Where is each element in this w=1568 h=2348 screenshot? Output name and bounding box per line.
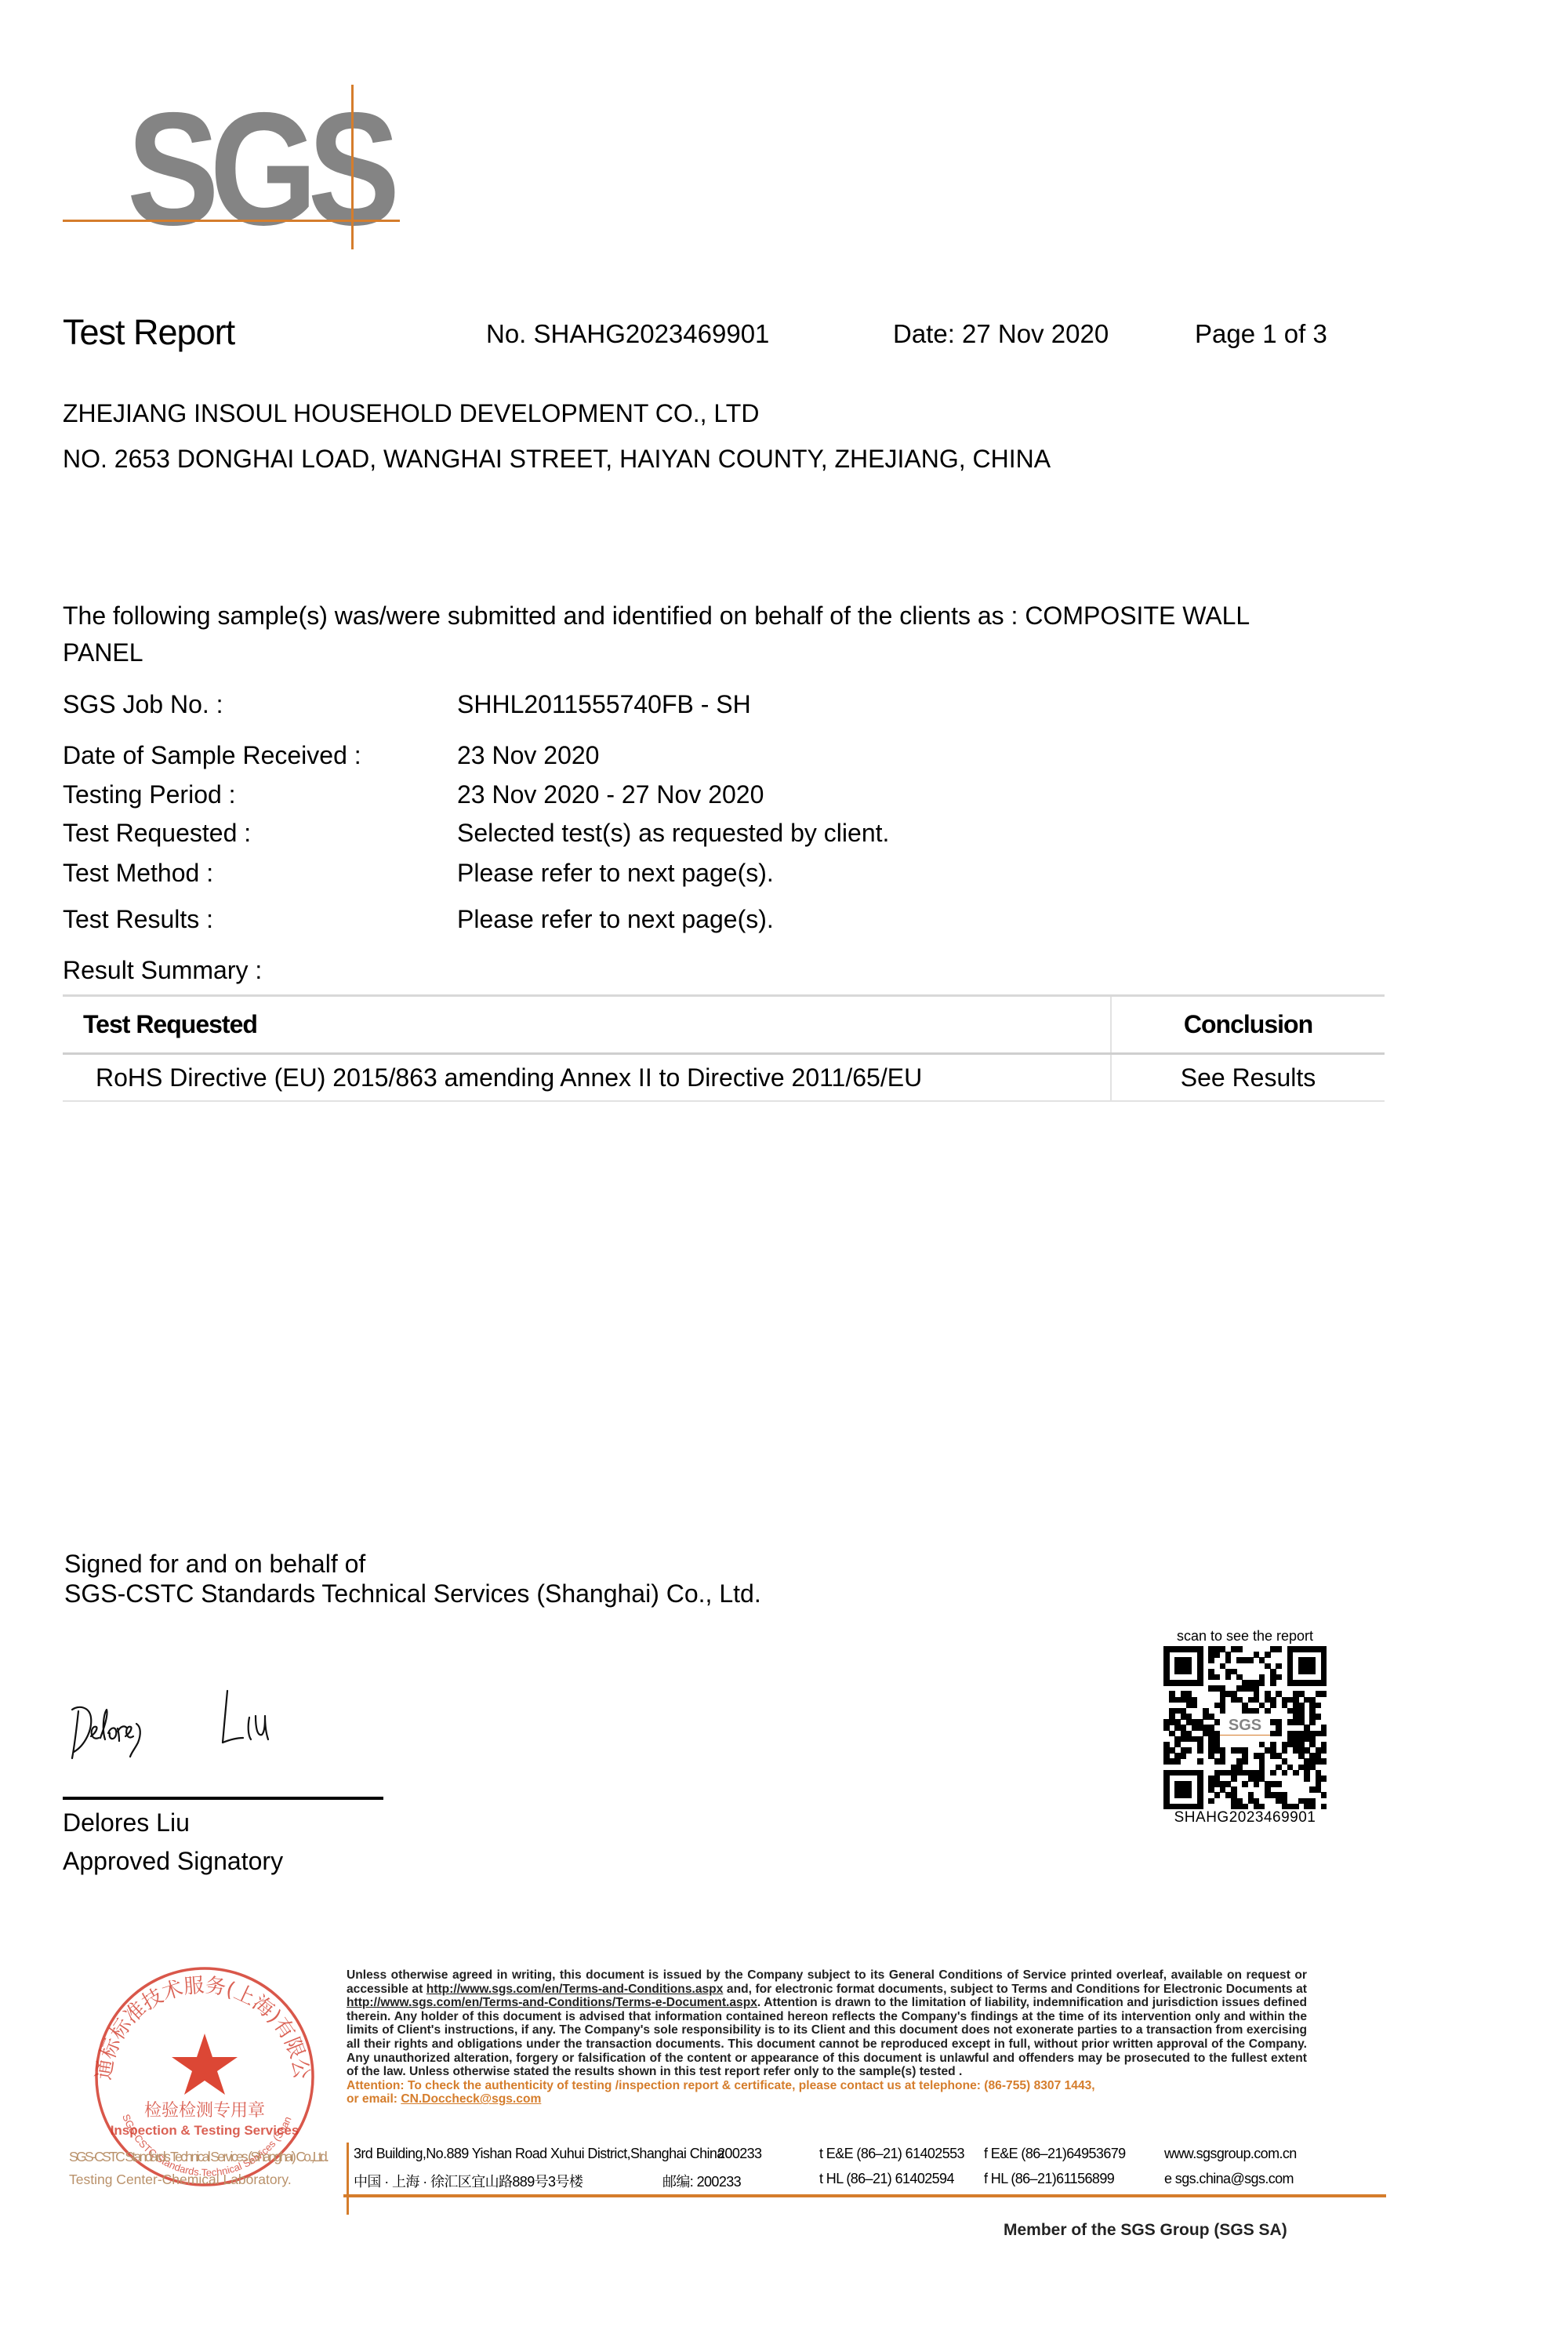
member-statement: Member of the SGS Group (SGS SA) [1004,2221,1287,2240]
signoff-line-1: Signed for and on behalf of [64,1550,365,1579]
page-title: Test Report [63,312,234,353]
column-header-conclusion: Conclusion [1112,997,1385,1052]
qr-code[interactable]: SGS [1163,1646,1327,1809]
field-value-testing-period: 23 Nov 2020 - 27 Nov 2020 [457,780,764,809]
field-value-test-results: Please refer to next page(s). [457,905,774,934]
field-value-test-method: Please refer to next page(s). [457,859,774,888]
client-name: ZHEJIANG INSOUL HOUSEHOLD DEVELOPMENT CO… [63,399,759,428]
fax-ee: f E&E (86–21)64953679 [984,2146,1126,2162]
field-value-test-requested: Selected test(s) as requested by client. [457,819,889,848]
client-address: NO. 2653 DONGHAI LOAD, WANGHAI STREET, H… [63,445,1051,474]
signatory-role: Approved Signatory [63,1847,283,1876]
email-prefix: or email: [347,2092,401,2106]
footer-rule-tick [347,2194,349,2215]
field-value-date-received: 23 Nov 2020 [457,741,599,770]
field-label-test-method: Test Method : [63,859,213,888]
legal-text-2: and, for electronic format documents, su… [723,1983,1307,1996]
doccheck-email-link[interactable]: CN.Doccheck@sgs.com [401,2092,541,2106]
footer-rule [343,2194,1386,2197]
report-number: No. SHAHG2023469901 [486,319,769,349]
field-label-job-no: SGS Job No. : [63,690,223,719]
official-stamp: 通标标准技术服务(上海)有限公司 SGS-CSTC Standards Tech… [67,1959,350,2194]
signature-line [63,1797,383,1800]
stamp-center-en: Inspection & Testing Services [111,2123,299,2138]
authenticity-text: Attention: To check the authenticity of … [347,2079,1095,2092]
qr-report-id: SHAHG2023469901 [1161,1809,1329,1826]
contact-email[interactable]: e sgs.china@sgs.com [1164,2171,1294,2187]
field-label-date-received: Date of Sample Received : [63,741,361,770]
address-english: 3rd Building,No.889 Yishan Road Xuhui Di… [354,2146,724,2162]
page-indicator: Page 1 of 3 [1195,319,1327,349]
zip-english: 200233 [717,2146,761,2162]
signatory-name: Delores Liu [63,1808,190,1837]
cell-conclusion: See Results [1112,1055,1385,1100]
field-label-testing-period: Testing Period : [63,780,236,809]
star-icon [172,2034,238,2095]
stamp-lab-line-2: Testing Center-Chemical Laboratory. [69,2172,292,2187]
column-header-test-requested: Test Requested [63,997,1112,1052]
sgs-logo: SGS [63,85,400,249]
cell-test-requested: RoHS Directive (EU) 2015/863 amending An… [63,1055,1112,1100]
report-date: Date: 27 Nov 2020 [893,319,1109,349]
tel-ee: t E&E (86–21) 61402553 [819,2146,964,2162]
table-header-row: Test Requested Conclusion [63,997,1385,1055]
qr-center-logo: SGS [1220,1717,1271,1736]
field-label-test-results: Test Results : [63,905,213,934]
intro-line-2: PANEL [63,638,143,667]
terms-link[interactable]: http://www.sgs.com/en/Terms-and-Conditio… [426,1983,724,1996]
signoff-company: SGS-CSTC Standards Technical Services (S… [64,1579,761,1608]
field-value-job-no: SHHL2011555740FB - SH [457,690,751,719]
stamp-lab-line-1: SGS-CSTC Standards Technical Services (S… [69,2149,329,2164]
address-block: 3rd Building,No.889 Yishan Road Xuhui Di… [347,2143,1389,2196]
stamp-center-cn: 检验检测专用章 [144,2101,265,2121]
website-link[interactable]: www.sgsgroup.com.cn [1164,2146,1297,2162]
table-row: RoHS Directive (EU) 2015/863 amending An… [63,1055,1385,1100]
fax-hl: f HL (86–21)61156899 [984,2171,1114,2187]
qr-caption: scan to see the report [1161,1628,1329,1645]
e-document-terms-link[interactable]: http://www.sgs.com/en/Terms-and-Conditio… [347,1996,757,2009]
result-summary-label: Result Summary : [63,956,262,985]
logo-vertical-rule [351,85,354,249]
field-label-test-requested: Test Requested : [63,819,251,848]
logo-horizontal-rule [63,220,400,222]
intro-line-1: The following sample(s) was/were submitt… [63,602,1250,631]
result-summary-table: Test Requested Conclusion RoHS Directive… [63,994,1385,1102]
tel-hl: t HL (86–21) 61402594 [819,2171,954,2187]
handwritten-signature [63,1670,361,1772]
authenticity-notice: Attention: To check the authenticity of … [347,2079,1307,2106]
legal-disclaimer: Unless otherwise agreed in writing, this… [347,1968,1307,2106]
address-chinese: 中国 · 上海 · 徐汇区宜山路889号3号楼 [354,2171,583,2191]
zip-chinese: 邮编: 200233 [662,2171,741,2191]
qr-code-block: scan to see the report SGS SHAHG20234699… [1161,1628,1329,1826]
